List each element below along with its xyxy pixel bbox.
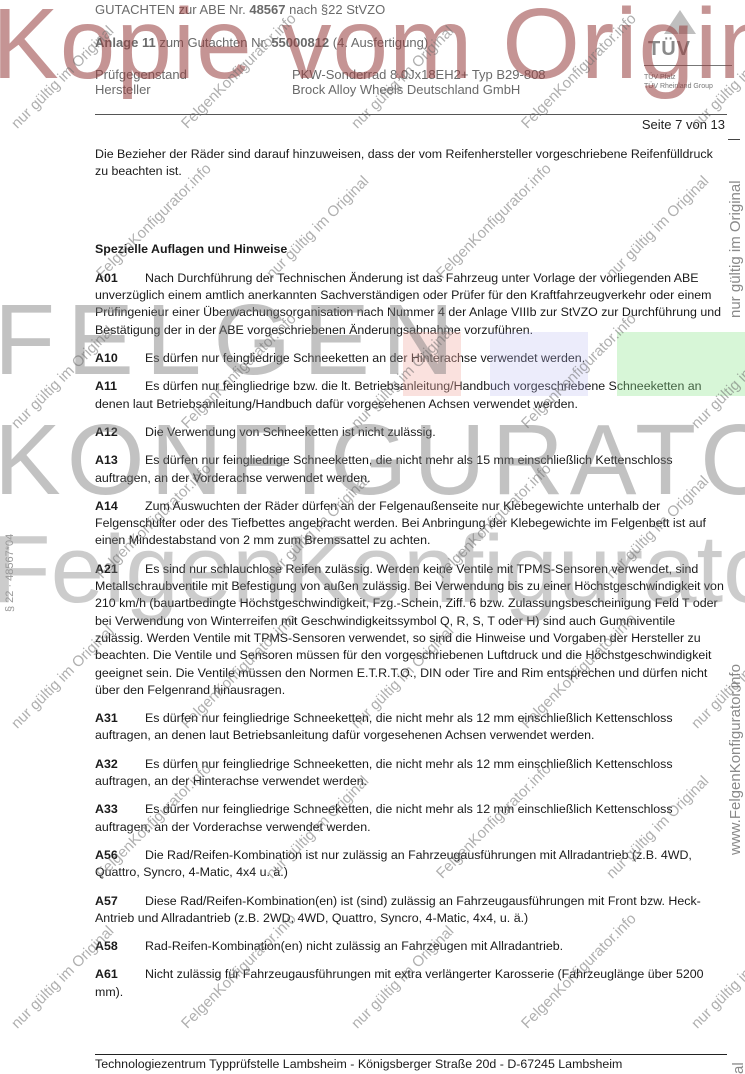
condition-code: A33 [95,801,145,818]
tuv-wordmark: TÜV [648,38,691,61]
tuv-rule [644,65,732,66]
condition-item: A12Die Verwendung von Schneeketten ist n… [95,424,725,441]
condition-code: A58 [95,938,145,955]
condition-text: Nicht zulässig für Fahrzeugausführungen … [95,967,704,998]
report-title-prefix: GUTACHTEN zur ABE Nr. [95,2,249,17]
field-label-manufacturer: Hersteller [95,82,151,97]
condition-code: A32 [95,756,145,773]
tuv-sub1: TÜV Pfalz [644,74,676,81]
condition-code: A13 [95,452,145,469]
condition-text: Es dürfen nur feingliedrige Schneeketten… [95,802,673,833]
condition-text: Zum Auswuchten der Räder dürfen an der F… [95,499,706,548]
condition-item: A11Es dürfen nur feingliedrige bzw. die … [95,378,725,413]
condition-item: A10Es dürfen nur feingliedrige Schneeket… [95,350,725,367]
condition-item: A14Zum Auswuchten der Räder dürfen an de… [95,498,725,550]
condition-code: A10 [95,350,145,367]
condition-text: Es dürfen nur feingliedrige Schneeketten… [95,711,673,742]
page-mark [728,139,740,140]
condition-text: Es dürfen nur feingliedrige Schneeketten… [95,453,673,484]
condition-text: Rad-Reifen-Kombination(en) nicht zulässi… [145,939,563,953]
tuv-logo: TÜV TÜV Pfalz TÜV Rheinland Group [636,10,736,96]
condition-text: Es sind nur schlauchlose Reifen zulässig… [95,562,724,697]
abe-number: 48567 [249,2,285,17]
field-value-manufacturer: Brock Alloy Wheels Deutschland GmbH [292,82,520,97]
section-title: Spezielle Auflagen und Hinweise [95,241,725,258]
watermark-side-ref: § 22 · 48567*04 [4,534,16,612]
condition-item: A13Es dürfen nur feingliedrige Schneeket… [95,452,725,487]
annex-title: Anlage 11 zum Gutachten Nr. 55000812 (4.… [95,35,428,50]
document-body: Die Bezieher der Räder sind darauf hinzu… [95,146,725,1012]
condition-code: A21 [95,561,145,578]
condition-item: A61Nicht zulässig für Fahrzeugausführung… [95,966,725,1001]
tuv-triangle-icon [664,10,696,34]
condition-item: A57Diese Rad/Reifen-Kombination(en) ist … [95,893,725,928]
condition-code: A56 [95,847,145,864]
tuv-sub2: TÜV Rheinland Group [644,83,713,90]
condition-text: Es dürfen nur feingliedrige Schneeketten… [145,351,585,365]
report-number: 55000812 [271,35,329,50]
annex-suffix: (4. Ausfertigung) [329,35,428,50]
condition-item: A31Es dürfen nur feingliedrige Schneeket… [95,710,725,745]
watermark-side-site: www.FelgenKonfigurator.info [727,664,744,855]
condition-item: A33Es dürfen nur feingliedrige Schneeket… [95,801,725,836]
watermark-side-bottom: al [730,1062,745,1074]
watermark-side-original: nur gültig im Original [727,180,744,318]
condition-code: A11 [95,378,145,395]
condition-item: A01Nach Durchführung der Technischen Änd… [95,270,725,339]
report-title-suffix: nach §22 StVZO [286,2,386,17]
condition-code: A57 [95,893,145,910]
condition-item: A56Die Rad/Reifen-Kombination ist nur zu… [95,847,725,882]
document-page: GUTACHTEN zur ABE Nr. 48567 nach §22 StV… [0,0,745,1074]
condition-code: A12 [95,424,145,441]
field-label-test-object: Prüfgegenstand [95,67,187,82]
condition-text: Die Verwendung von Schneeketten ist nich… [145,425,436,439]
condition-text: Es dürfen nur feingliedrige Schneeketten… [95,757,673,788]
page-indicator: Seite 7 von 13 [642,117,725,132]
condition-code: A31 [95,710,145,727]
footer-divider [95,1054,727,1055]
condition-text: Diese Rad/Reifen-Kombination(en) ist (si… [95,894,701,925]
annex-mid: zum Gutachten Nr. [156,35,272,50]
report-title: GUTACHTEN zur ABE Nr. 48567 nach §22 StV… [95,2,385,17]
condition-code: A61 [95,966,145,983]
condition-text: Nach Durchführung der Technischen Änderu… [95,271,721,337]
annex-label: Anlage 11 [95,35,156,50]
condition-code: A01 [95,270,145,287]
footer-address: Technologiezentrum Typprüfstelle Lambshe… [95,1057,622,1071]
condition-code: A14 [95,498,145,515]
condition-item: A58Rad-Reifen-Kombination(en) nicht zulä… [95,938,725,955]
condition-item: A32Es dürfen nur feingliedrige Schneeket… [95,756,725,791]
condition-text: Es dürfen nur feingliedrige bzw. die lt.… [95,379,702,410]
condition-item: A21Es sind nur schlauchlose Reifen zuläs… [95,561,725,699]
header-divider [95,114,727,115]
field-value-test-object: PKW-Sonderrad 8,0Jx18EH2+ Typ B29-808 [292,67,546,82]
condition-text: Die Rad/Reifen-Kombination ist nur zuläs… [95,848,692,879]
intro-paragraph: Die Bezieher der Räder sind darauf hinzu… [95,146,725,181]
